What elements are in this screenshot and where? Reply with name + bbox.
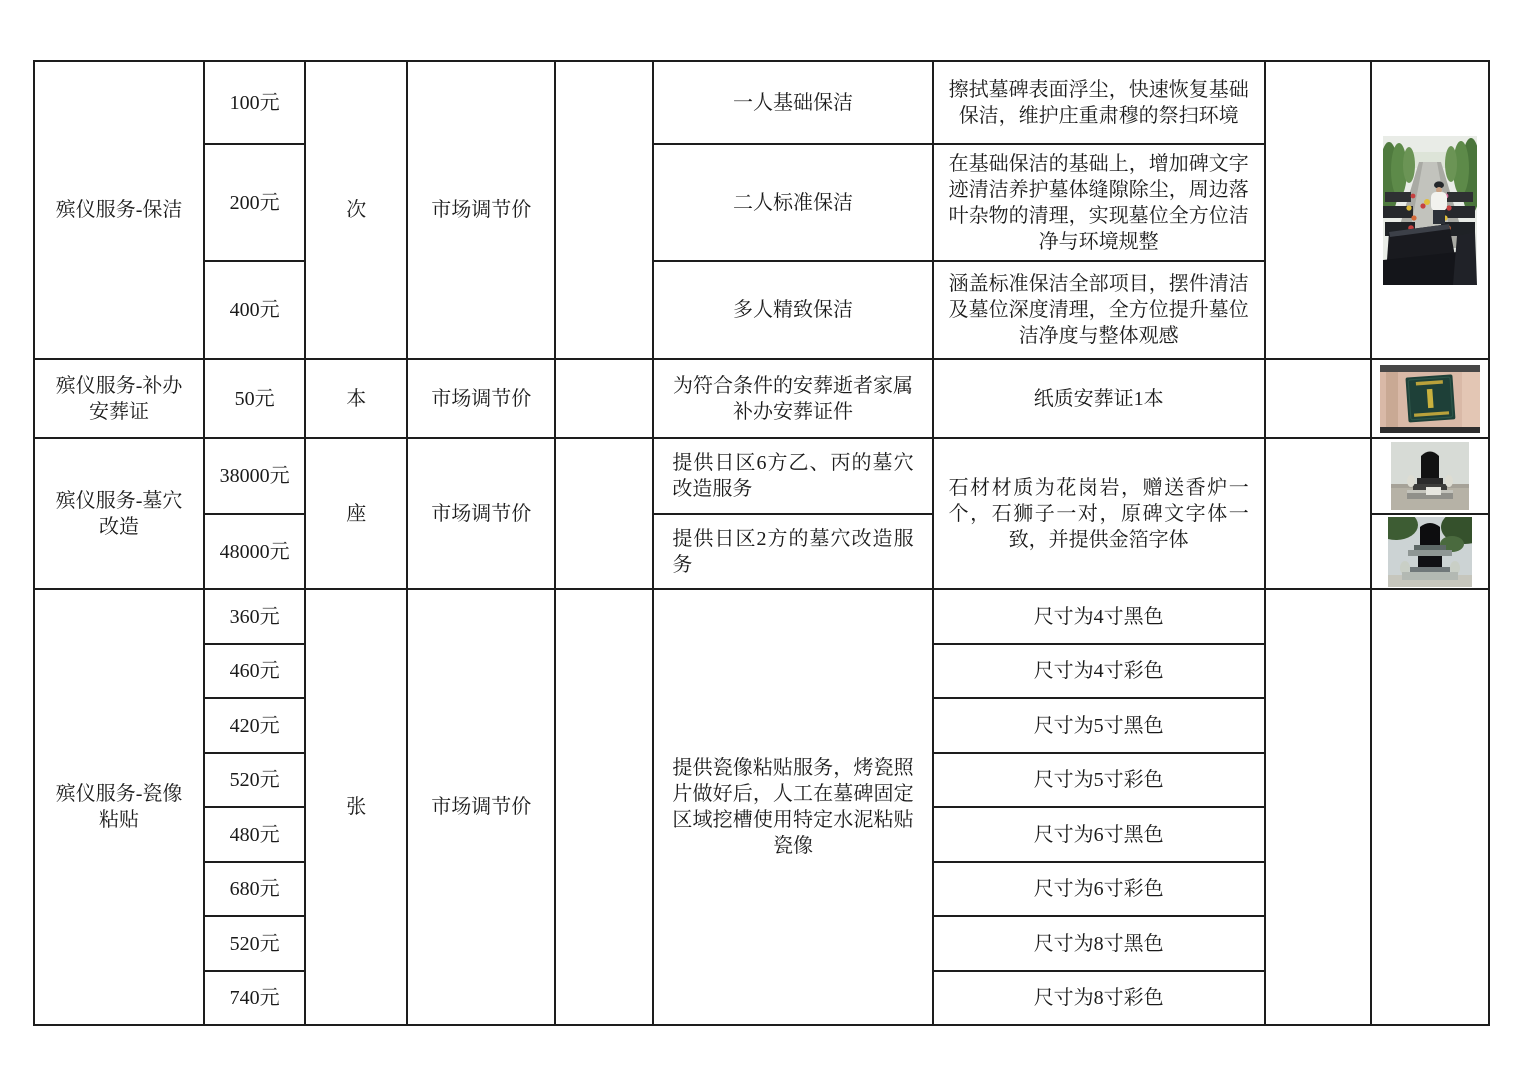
spacer-cell (1265, 61, 1371, 359)
pricing-type-cell: 市场调节价 (407, 61, 555, 359)
detail-cell: 擦拭墓碑表面浮尘，快速恢复基础保洁，维护庄重肃穆的祭扫环境 (933, 61, 1265, 144)
unit-cell: 次 (305, 61, 407, 359)
spacer-cell (555, 589, 653, 1025)
photo-cell (1371, 514, 1489, 589)
price-cell: 200元 (204, 144, 305, 261)
description-cell: 提供日区6方乙、丙的墓穴改造服务 (653, 438, 932, 514)
price-cell: 360元 (204, 589, 305, 644)
photo-cell-empty (1371, 589, 1489, 1025)
detail-cell: 石材材质为花岗岩，赠送香炉一个，石狮子一对，原碑文字体一致，并提供金箔字体 (933, 438, 1265, 589)
service-name-cell: 殡仪服务-瓷像粘贴 (34, 589, 204, 1025)
spacer-cell (1265, 589, 1371, 1025)
service-name-cell: 殡仪服务-墓穴改造 (34, 438, 204, 589)
price-table: 殡仪服务-保洁 100元 次 市场调节价 一人基础保洁 擦拭墓碑表面浮尘，快速恢… (33, 60, 1490, 1026)
spacer-cell (1265, 359, 1371, 438)
spacer-cell (555, 438, 653, 589)
unit-cell: 本 (305, 359, 407, 438)
service-name-cell: 殡仪服务-补办安葬证 (34, 359, 204, 438)
detail-cell: 尺寸为4寸彩色 (933, 644, 1265, 698)
price-cell: 400元 (204, 261, 305, 359)
description-cell: 多人精致保洁 (653, 261, 932, 359)
price-cell: 680元 (204, 862, 305, 916)
pricing-type-cell: 市场调节价 (407, 359, 555, 438)
price-cell: 100元 (204, 61, 305, 144)
price-cell: 460元 (204, 644, 305, 698)
unit-cell: 座 (305, 438, 407, 589)
description-cell: 提供瓷像粘贴服务，烤瓷照片做好后，人工在墓碑固定区域挖槽使用特定水泥粘贴瓷像 (653, 589, 932, 1025)
price-cell: 38000元 (204, 438, 305, 514)
detail-cell: 尺寸为5寸彩色 (933, 753, 1265, 807)
pricing-type-cell: 市场调节价 (407, 589, 555, 1025)
detail-cell: 尺寸为8寸彩色 (933, 971, 1265, 1025)
price-cell: 48000元 (204, 514, 305, 589)
price-cell: 420元 (204, 698, 305, 753)
service-name-cell: 殡仪服务-保洁 (34, 61, 204, 359)
spacer-cell (1265, 438, 1371, 589)
detail-cell: 尺寸为6寸黑色 (933, 807, 1265, 862)
description-cell: 提供日区2方的墓穴改造服务 (653, 514, 932, 589)
photo-cell (1371, 359, 1489, 438)
document-page: 殡仪服务-保洁 100元 次 市场调节价 一人基础保洁 擦拭墓碑表面浮尘，快速恢… (0, 0, 1520, 1074)
detail-cell: 涵盖标准保洁全部项目，摆件清洁及墓位深度清理，全方位提升墓位洁净度与整体观感 (933, 261, 1265, 359)
price-cell: 50元 (204, 359, 305, 438)
description-cell: 为符合条件的安葬逝者家属补办安葬证件 (653, 359, 932, 438)
photo-cell (1371, 438, 1489, 514)
unit-cell: 张 (305, 589, 407, 1025)
cemetery-cleaning-photo (1383, 136, 1477, 285)
burial-certificate-photo (1380, 365, 1480, 433)
description-cell: 二人标准保洁 (653, 144, 932, 261)
price-cell: 520元 (204, 916, 305, 971)
black-tombstone-photo (1391, 442, 1469, 510)
pricing-type-cell: 市场调节价 (407, 438, 555, 589)
detail-cell: 尺寸为4寸黑色 (933, 589, 1265, 644)
description-cell: 一人基础保洁 (653, 61, 932, 144)
price-cell: 520元 (204, 753, 305, 807)
price-cell: 480元 (204, 807, 305, 862)
detail-cell: 尺寸为5寸黑色 (933, 698, 1265, 753)
detail-cell: 在基础保洁的基础上，增加碑文字迹清洁养护墓体缝隙除尘，周边落叶杂物的清理，实现墓… (933, 144, 1265, 261)
detail-cell: 尺寸为8寸黑色 (933, 916, 1265, 971)
renovated-tombstone-photo (1388, 517, 1472, 587)
spacer-cell (555, 359, 653, 438)
spacer-cell (555, 61, 653, 359)
detail-cell: 纸质安葬证1本 (933, 359, 1265, 438)
price-cell: 740元 (204, 971, 305, 1025)
photo-cell (1371, 61, 1489, 359)
detail-cell: 尺寸为6寸彩色 (933, 862, 1265, 916)
